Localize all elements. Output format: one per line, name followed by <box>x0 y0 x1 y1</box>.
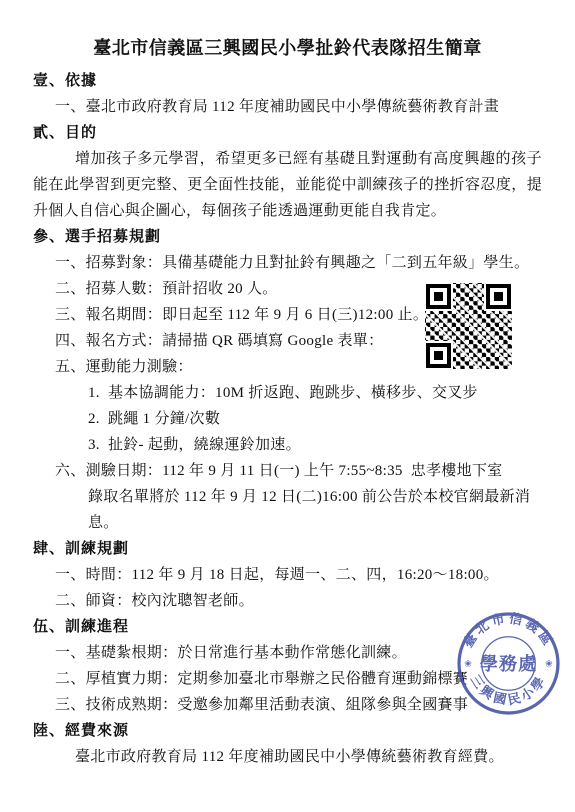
section-1-item-1: 一、臺北市政府教育局 112 年度補助國民中小學傳統藝術教育計畫 <box>33 94 542 120</box>
section-1-heading: 壹、依據 <box>33 68 542 94</box>
section-4-heading: 肆、訓練規劃 <box>33 536 542 562</box>
office-stamp: 臺北市信義區 三興國民小學 學務處 ❀ ❀ <box>456 611 561 716</box>
section-3-item-1: 一、招募對象：具備基礎能力且對扯鈴有興趣之「二到五年級」學生。 <box>33 250 542 276</box>
qr-code-image <box>425 283 512 369</box>
section-6-heading: 陸、經費來源 <box>33 718 542 744</box>
section-2-paragraph: 增加孩子多元學習，希望更多已經有基礎且對運動有高度興趣的孩子能在此學習到更完整、… <box>33 146 542 224</box>
section-2-heading: 貳、目的 <box>33 120 542 146</box>
section-3-sub-item-3: 3. 扯鈴- 起動，繞線運鈴加速。 <box>33 432 542 458</box>
stamp-rosette-left-icon: ❀ <box>464 659 472 669</box>
document-page: 臺北市信義區三興國民小學扯鈴代表隊招生簡章 壹、依據 一、臺北市政府教育局 11… <box>0 0 575 812</box>
section-3-heading: 參、選手招募規劃 <box>33 224 542 250</box>
section-3-item-6-continuation: 錄取名單將於 112 年 9 月 12 日(二)16:00 前公告於本校官網最新… <box>33 484 542 536</box>
qr-finder-pattern-top-left <box>426 284 451 309</box>
section-3-item-6: 六、測驗日期：112 年 9 月 11 日(一) 上午 7:55~8:35 忠孝… <box>33 458 542 484</box>
section-4-item-1: 一、時間：112 年 9 月 18 日起，每週一、二、四，16:20～18:00… <box>33 562 542 588</box>
section-3-sub-item-2: 2. 跳繩 1 分鐘/次數 <box>33 406 542 432</box>
stamp-arc-top-text: 臺北市信義區 <box>459 611 558 650</box>
qr-finder-pattern-top-right <box>486 284 511 309</box>
document-title: 臺北市信義區三興國民小學扯鈴代表隊招生簡章 <box>33 36 542 60</box>
stamp-center-text: 學務處 <box>480 653 538 674</box>
stamp-rosette-right-icon: ❀ <box>545 659 553 669</box>
section-3-sub-item-1: 1. 基本協調能力：10M 折返跑、跑跳步、橫移步、交叉步 <box>33 380 542 406</box>
section-6-body: 臺北市政府教育局 112 年度補助國民中小學傳統藝術教育經費。 <box>33 744 542 770</box>
qr-finder-pattern-bottom-left <box>426 343 451 368</box>
